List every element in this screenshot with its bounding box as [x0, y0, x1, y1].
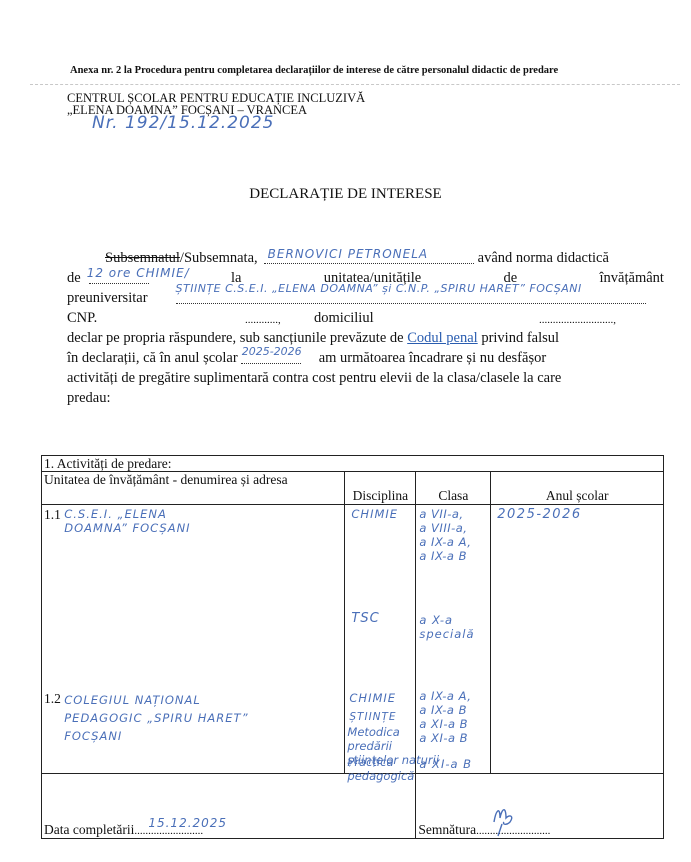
- declaration-text-3: în declarații, că în anul școlar: [67, 348, 238, 368]
- unit-value: COLEGIUL NAȚIONAL PEDAGOGIC „SPIRU HARET…: [64, 691, 254, 745]
- class-value: a X-a specială: [419, 613, 479, 641]
- de-label: de: [67, 268, 81, 288]
- annex-caption: Anexa nr. 2 la Procedura pentru completa…: [70, 65, 558, 76]
- preuniversitar-label: preuniversitar: [67, 288, 148, 308]
- codul-penal-link[interactable]: Codul penal: [407, 330, 477, 346]
- class-value: a IX-a A,: [419, 689, 471, 703]
- discipline-cell[interactable]: CHIMIE TSC CHIMIE ȘTIINȚE Metodica predă…: [345, 505, 416, 774]
- registration-number: Nr. 192/15.12.2025: [92, 113, 274, 133]
- unit-value: C.S.E.I. „ELENA DOAMNA” FOCȘANI: [64, 507, 234, 535]
- discipline-value: CHIMIE: [351, 507, 398, 521]
- class-value: a IX-a B: [419, 549, 471, 563]
- cnp-label: CNP.: [67, 308, 97, 328]
- header-row: Unitatea de învățământ - denumirea și ad…: [42, 472, 664, 505]
- class-list: a IX-a A, a IX-a B a XI-a B a XI-a B: [419, 689, 471, 745]
- class-value: a VIII-a,: [419, 521, 471, 535]
- header-class: Clasa: [416, 472, 491, 505]
- section-title-row: 1. Activități de predare:: [42, 456, 664, 472]
- declaration-paragraph: Subsemnatul /Subsemnata, BERNOVICI PETRO…: [67, 248, 664, 438]
- norma-field[interactable]: 12 ore CHIMIE/: [89, 268, 149, 284]
- school-year-cell[interactable]: 2025-2026: [491, 505, 664, 774]
- discipline-value: ȘTIINȚE: [349, 711, 396, 723]
- domiciliul-label: domiciliul: [314, 308, 374, 328]
- table-row: 1.1 C.S.E.I. „ELENA DOAMNA” FOCȘANI 1.2 …: [42, 505, 664, 774]
- row-number: 1.2: [44, 691, 61, 706]
- unit-field[interactable]: ȘTIINȚE C.S.E.I. „ELENA DOAMNA” și C.N.P…: [176, 288, 646, 304]
- date-value: 15.12.2025: [148, 816, 227, 830]
- subsemnata-label: /Subsemnata,: [180, 248, 258, 268]
- declaration-text-2: privind falsul: [478, 330, 559, 346]
- class-value: a XI-a B: [419, 757, 472, 771]
- class-list: a VII-a, a VIII-a, a IX-a A, a IX-a B: [419, 507, 471, 563]
- discipline-value: TSC: [351, 611, 379, 626]
- signature-label: Semnătura: [418, 822, 476, 837]
- header-divider: [30, 84, 680, 85]
- declaration-text-6: predau:: [67, 388, 664, 408]
- name-field[interactable]: BERNOVICI PETRONELA: [264, 248, 474, 264]
- class-cell[interactable]: a VII-a, a VIII-a, a IX-a A, a IX-a B a …: [416, 505, 491, 774]
- declaration-text-4: am următoarea încadrare și nu desfășor: [319, 348, 546, 368]
- invatamant-label: învățământ: [600, 268, 664, 288]
- school-year-value: 2025-2026: [242, 342, 302, 362]
- header-unit: Unitatea de învățământ - denumirea și ad…: [42, 472, 345, 505]
- signature-cell[interactable]: Semnătura...........................: [416, 774, 664, 839]
- signature-mark-icon: [488, 800, 518, 840]
- norma-value: 12 ore CHIMIE/: [87, 263, 190, 283]
- name-value: BERNOVICI PETRONELA: [268, 244, 428, 264]
- header-school-year: Anul școlar: [491, 472, 664, 505]
- norma-label: având norma didactică: [478, 248, 609, 268]
- section-title: 1. Activități de predare:: [42, 456, 664, 472]
- unit-value: ȘTIINȚE C.S.E.I. „ELENA DOAMNA” și C.N.P…: [176, 279, 582, 299]
- date-cell[interactable]: Data completării........................…: [42, 774, 416, 839]
- discipline-value: CHIMIE: [349, 691, 396, 705]
- declaration-text-1: declar pe propria răspundere, sub sancți…: [67, 330, 407, 346]
- unit-cell[interactable]: 1.1 C.S.E.I. „ELENA DOAMNA” FOCȘANI 1.2 …: [42, 505, 345, 774]
- class-value: a IX-a B: [419, 703, 471, 717]
- class-value: a XI-a B: [419, 717, 471, 731]
- domiciliul-field[interactable]: ...........................,: [539, 310, 616, 330]
- date-label: Data completării: [44, 822, 134, 837]
- teaching-activities-table: 1. Activități de predare: Unitatea de în…: [41, 455, 664, 839]
- school-year-value: 2025-2026: [497, 507, 581, 522]
- document-title: DECLARAȚIE DE INTERESE: [0, 186, 691, 203]
- row-number: 1.1: [44, 507, 61, 522]
- footer-row: Data completării........................…: [42, 774, 664, 839]
- header-discipline: Disciplina: [345, 472, 416, 505]
- class-value: a VII-a,: [419, 507, 471, 521]
- class-value: a IX-a A,: [419, 535, 471, 549]
- declaration-text-5: activități de pregătire suplimentară con…: [67, 368, 664, 388]
- class-value: a XI-a B: [419, 731, 471, 745]
- school-year-field[interactable]: 2025-2026: [241, 348, 301, 364]
- discipline-value: Practica pedagogică: [347, 755, 415, 783]
- cnp-field[interactable]: ............,: [245, 310, 281, 330]
